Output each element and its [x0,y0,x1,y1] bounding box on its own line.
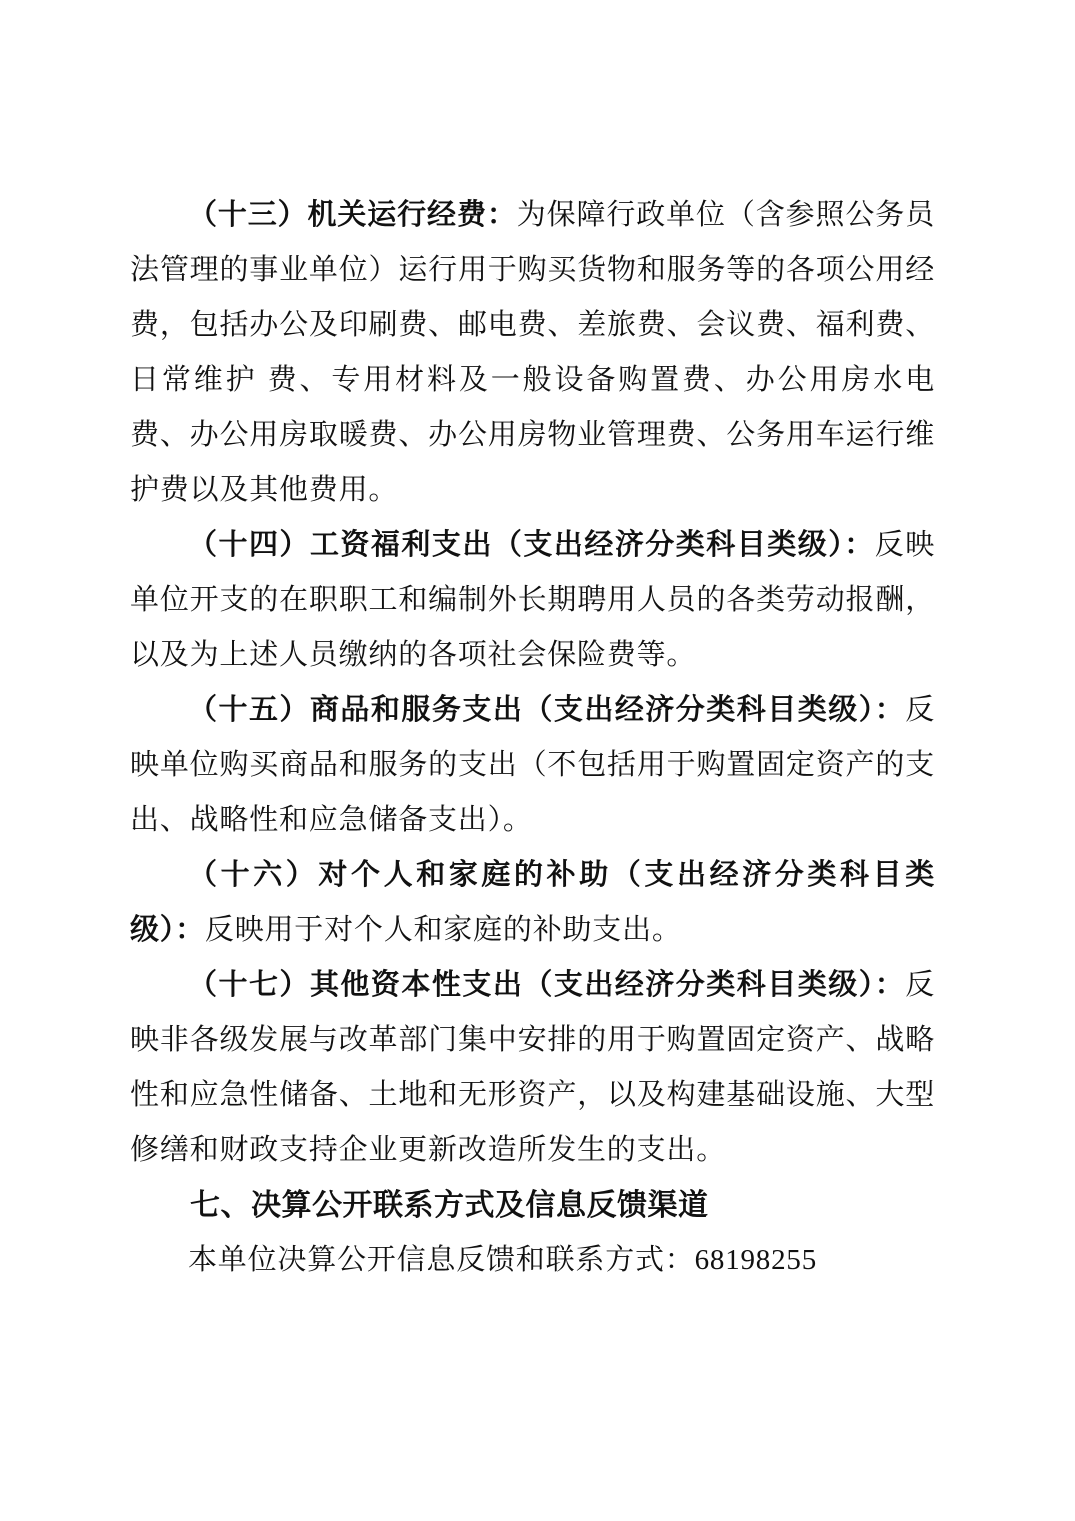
paragraph-16-body: 反映用于对个人和家庭的补助支出。 [205,914,682,946]
paragraph-16: （十六）对个人和家庭的补助（支出经济分类科目类级）：反映用于对个人和家庭的补助支… [130,848,935,958]
paragraph-14: （十四）工资福利支出（支出经济分类科目类级）：反映单位开支的在职职工和编制外长期… [130,518,935,683]
paragraph-17-lead: （十七）其他资本性支出（支出经济分类科目类级）： [188,969,905,1001]
contact-line: 本单位决算公开信息反馈和联系方式：68198255 [130,1233,935,1288]
paragraph-15-lead: （十五）商品和服务支出（支出经济分类科目类级）： [188,694,905,726]
paragraph-13-body: 为保障行政单位（含参照公务员法管理的事业单位）运行用于购买货物和服务等的各项公用… [130,199,935,506]
section-heading: 七、决算公开联系方式及信息反馈渠道 [130,1178,935,1233]
paragraph-15: （十五）商品和服务支出（支出经济分类科目类级）：反映单位购买商品和服务的支出（不… [130,683,935,848]
paragraph-13-lead: （十三）机关运行经费： [188,199,517,231]
paragraph-13: （十三）机关运行经费：为保障行政单位（含参照公务员法管理的事业单位）运行用于购买… [130,188,935,518]
paragraph-14-lead: （十四）工资福利支出（支出经济分类科目类级）： [188,529,875,561]
document-page: （十三）机关运行经费：为保障行政单位（含参照公务员法管理的事业单位）运行用于购买… [0,0,1075,1521]
paragraph-17: （十七）其他资本性支出（支出经济分类科目类级）：反映非各级发展与改革部门集中安排… [130,958,935,1178]
